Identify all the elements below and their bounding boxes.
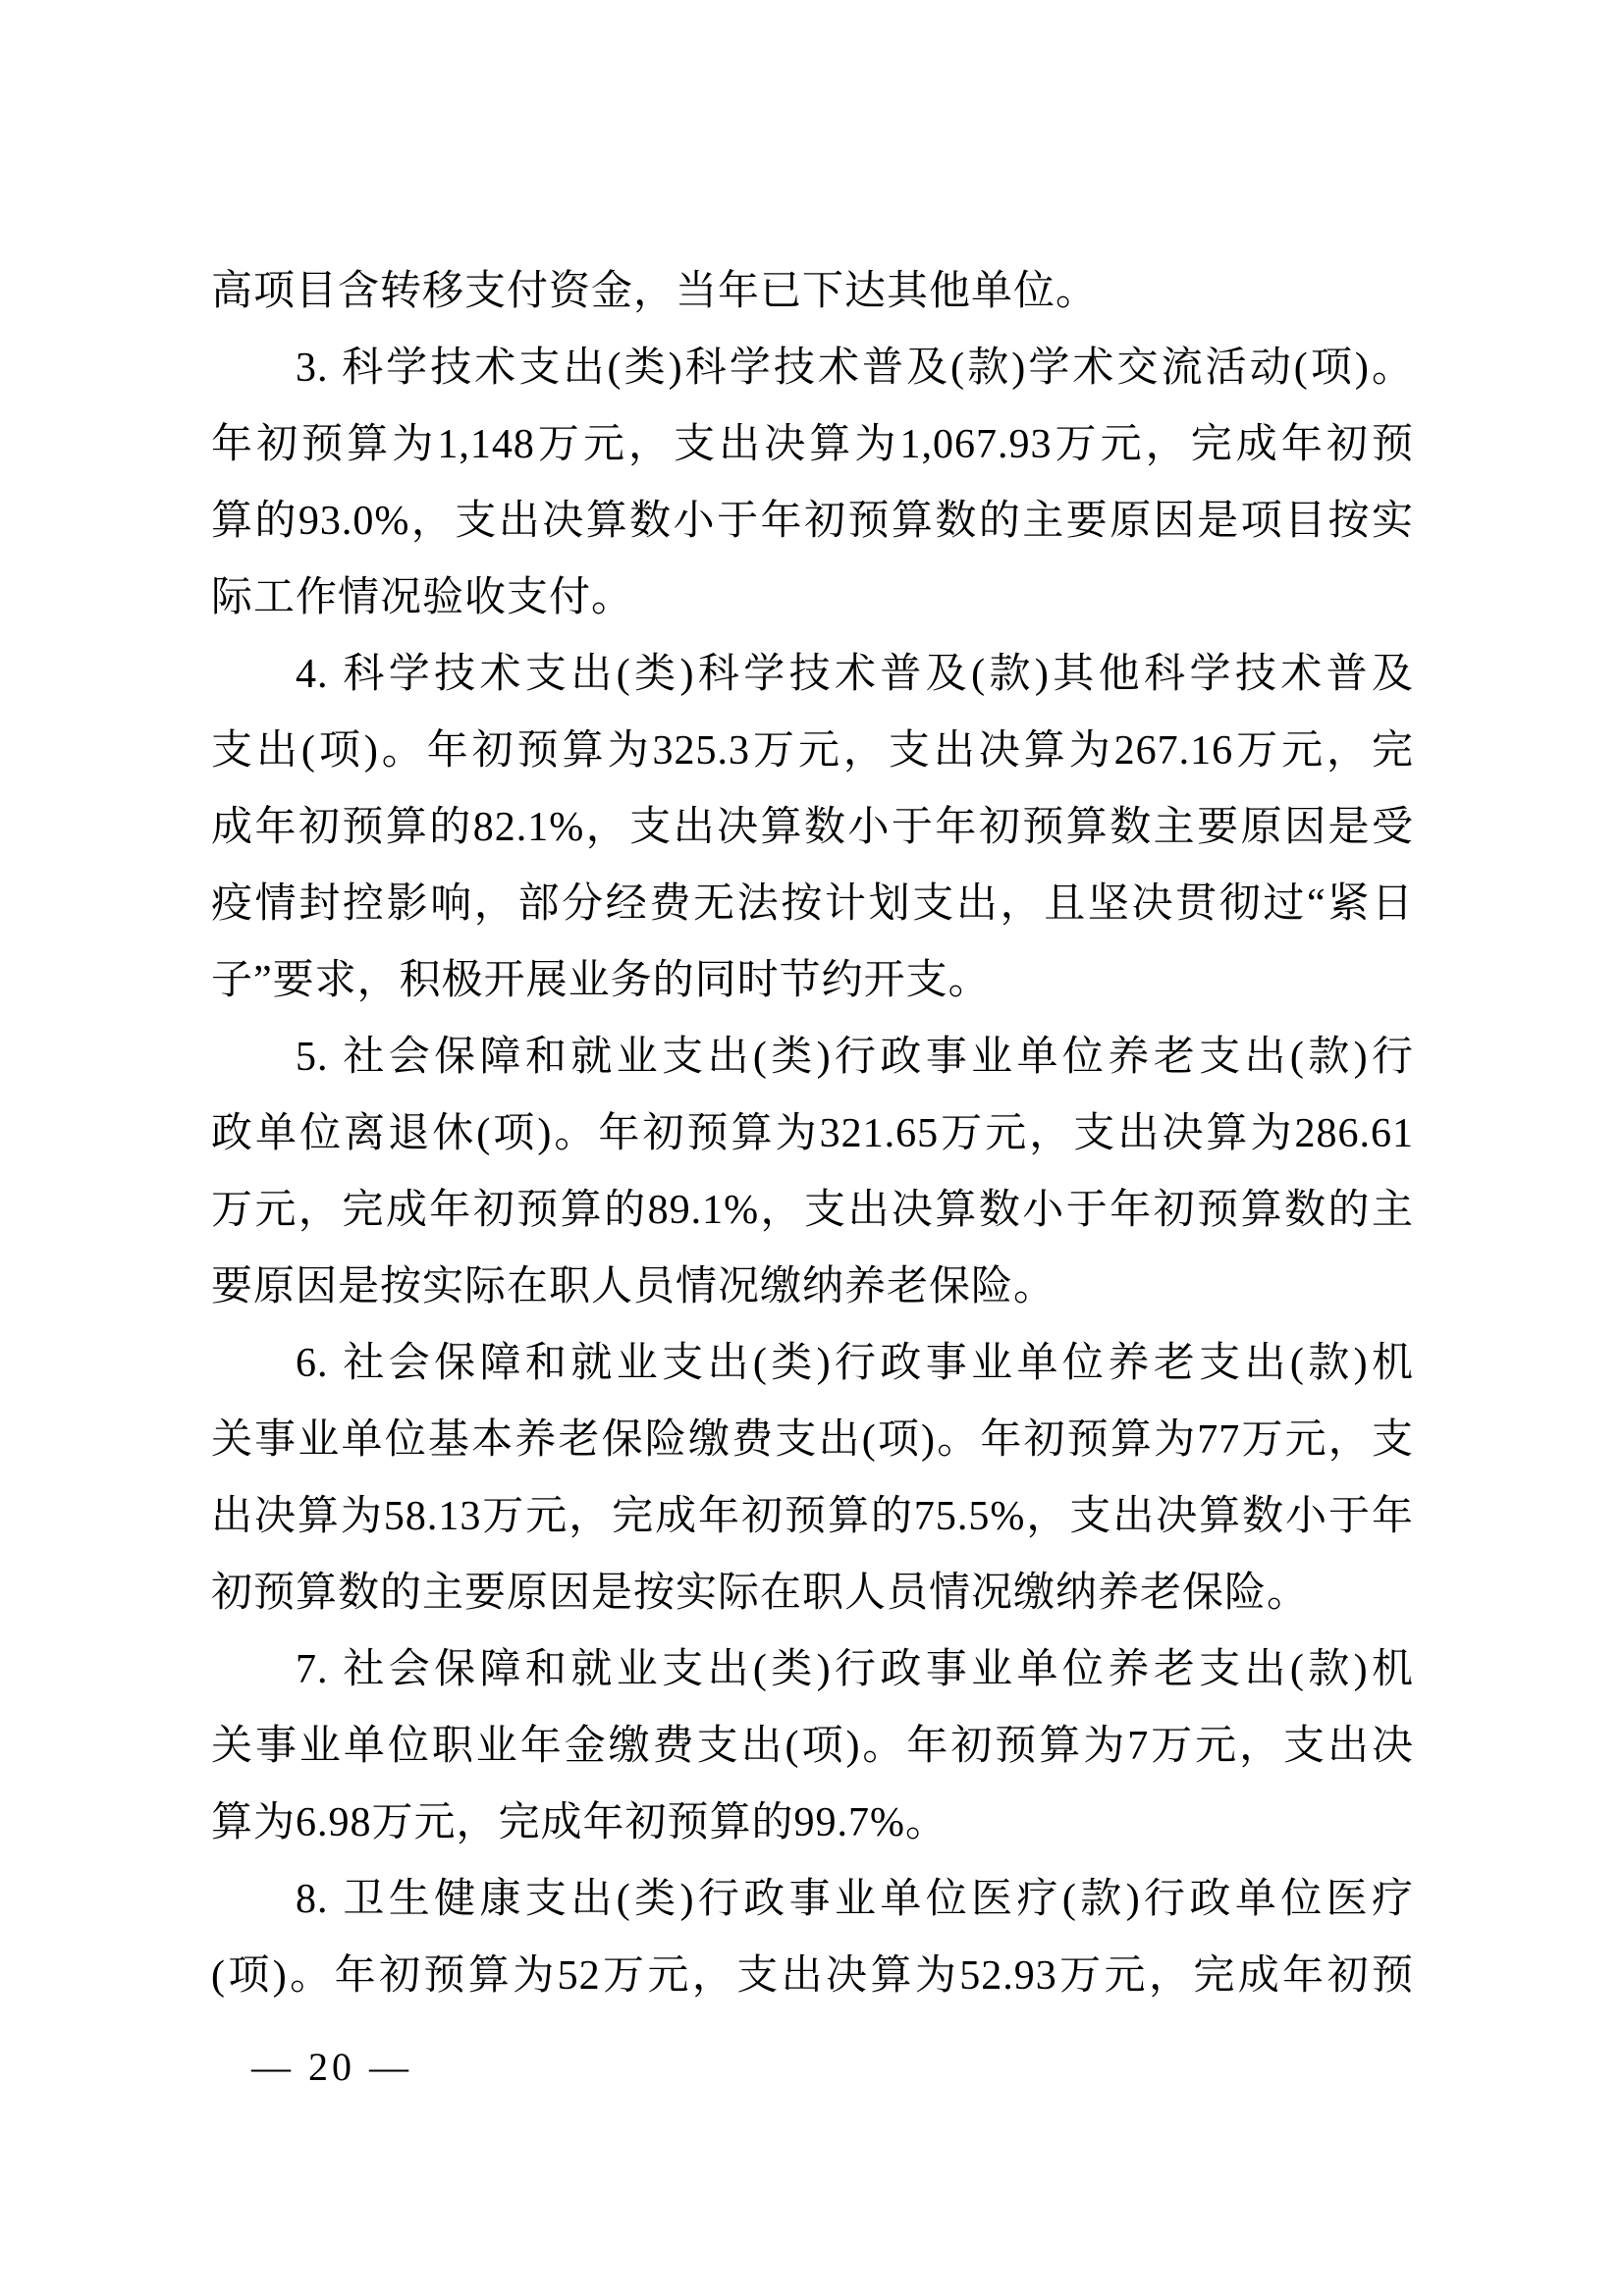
text-line: 高项目含转移支付资金，当年已下达其他单位。 [211, 253, 1414, 330]
text-line: (项)。年初预算为52万元，支出决算为52.93万元，完成年初预 [211, 1938, 1414, 2014]
text-line: 成年初预算的82.1%，支出决算数小于年初预算数主要原因是受 [211, 789, 1414, 866]
text-line: 8. 卫生健康支出(类)行政事业单位医疗(款)行政单位医疗 [211, 1861, 1414, 1938]
text-line: 4. 科学技术支出(类)科学技术普及(款)其他科学技术普及 [211, 636, 1414, 713]
text-line: 关事业单位职业年金缴费支出(项)。年初预算为7万元，支出决 [211, 1708, 1414, 1785]
text-line: 7. 社会保障和就业支出(类)行政事业单位养老支出(款)机 [211, 1631, 1414, 1708]
text-line: 算的93.0%，支出决算数小于年初预算数的主要原因是项目按实 [211, 483, 1414, 560]
text-line: 出决算为58.13万元，完成年初预算的75.5%，支出决算数小于年 [211, 1478, 1414, 1555]
text-line: 支出(项)。年初预算为325.3万元，支出决算为267.16万元，完 [211, 713, 1414, 789]
document-body: 高项目含转移支付资金，当年已下达其他单位。 3. 科学技术支出(类)科学技术普及… [211, 253, 1414, 2014]
page-number: — 20 — [251, 2045, 412, 2089]
text-line: 6. 社会保障和就业支出(类)行政事业单位养老支出(款)机 [211, 1325, 1414, 1402]
document-page: 高项目含转移支付资金，当年已下达其他单位。 3. 科学技术支出(类)科学技术普及… [0, 0, 1624, 2296]
text-line: 5. 社会保障和就业支出(类)行政事业单位养老支出(款)行 [211, 1019, 1414, 1095]
text-line: 万元，完成年初预算的89.1%，支出决算数小于年初预算数的主 [211, 1172, 1414, 1249]
text-line: 政单位离退休(项)。年初预算为321.65万元，支出决算为286.61 [211, 1095, 1414, 1172]
text-line: 算为6.98万元，完成年初预算的99.7%。 [211, 1785, 1414, 1861]
text-line: 3. 科学技术支出(类)科学技术普及(款)学术交流活动(项)。 [211, 330, 1414, 406]
text-line: 子”要求，积极开展业务的同时节约开支。 [211, 942, 1414, 1019]
text-line: 际工作情况验收支付。 [211, 560, 1414, 636]
text-line: 初预算数的主要原因是按实际在职人员情况缴纳养老保险。 [211, 1555, 1414, 1631]
text-line: 年初预算为1,148万元，支出决算为1,067.93万元，完成年初预 [211, 406, 1414, 483]
text-line: 疫情封控影响，部分经费无法按计划支出，且坚决贯彻过“紧日 [211, 866, 1414, 942]
page-footer: — 20 — [251, 2044, 412, 2091]
text-line: 关事业单位基本养老保险缴费支出(项)。年初预算为77万元，支 [211, 1402, 1414, 1478]
text-line: 要原因是按实际在职人员情况缴纳养老保险。 [211, 1249, 1414, 1325]
